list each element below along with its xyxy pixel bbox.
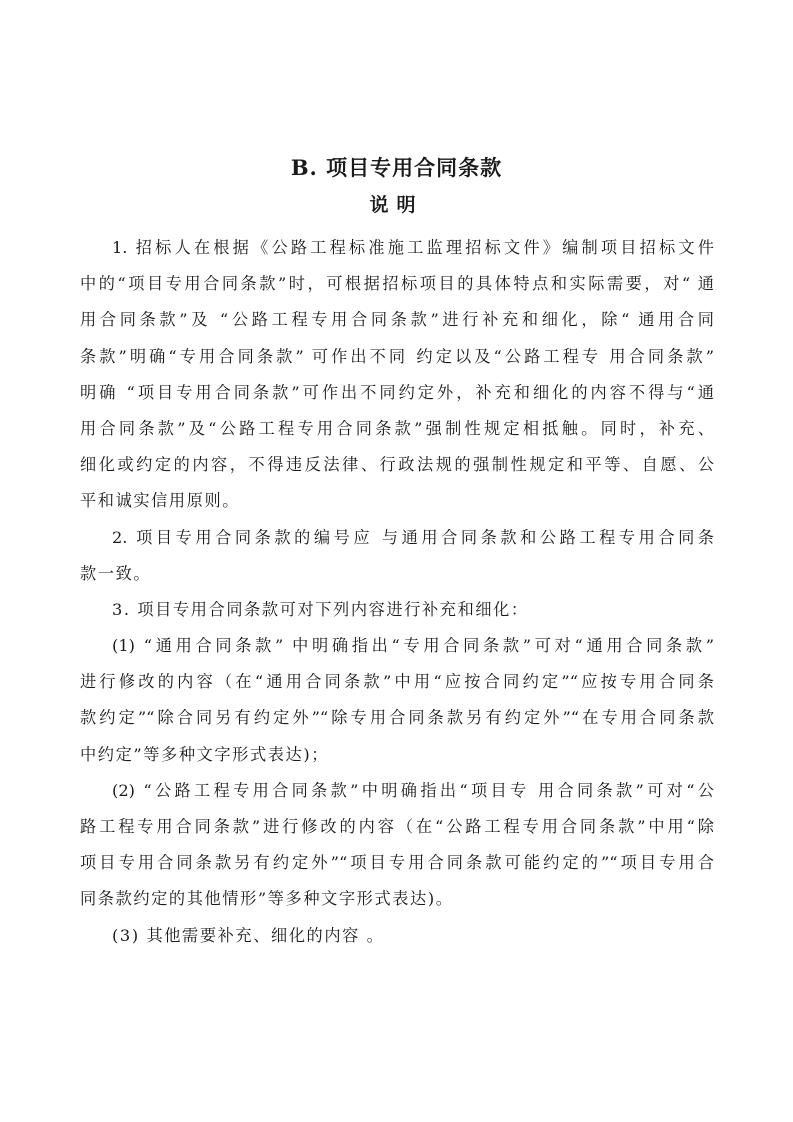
text-line: 路工程专用合同条款”进行修改的内容（在“公路工程专用合同条款”中用“除 bbox=[80, 809, 714, 845]
text-line: 项目专用合同条款另有约定外”“项目专用合同条款可能约定的”“项目专用合 bbox=[80, 845, 714, 881]
text-line: 中的“项目专用合同条款”时，可根据招标项目的具体特点和实际需要，对“ 通 bbox=[80, 266, 714, 302]
text-line: 款一致。 bbox=[80, 556, 714, 592]
text-line: 同条款约定的其他情形”等多种文字形式表达)。 bbox=[80, 881, 714, 917]
text-line: 款约定”“除合同另有约定外”“除专用合同条款另有约定外”“在专用合同条款 bbox=[80, 700, 714, 736]
text-line: 用合同条款”及 “公路工程专用合同条款”进行补充和细化，除“ 通用合同 bbox=[80, 302, 714, 338]
section-title: B. 项目专用合同条款 bbox=[0, 152, 793, 182]
text-line: 1. 招标人在根据《公路工程标准施工监理招标文件》编制项目招标文件 bbox=[80, 230, 714, 266]
text-line: 3. 项目专用合同条款可对下列内容进行补充和细化： bbox=[80, 592, 714, 628]
text-line: 条款”明确“专用合同条款” 可作出不同 约定以及“公路工程专 用合同条款” bbox=[80, 339, 714, 375]
text-line: 进行修改的内容（在“通用合同条款”中用“应按合同约定”“应按专用合同条 bbox=[80, 664, 714, 700]
text-line: (3) 其他需要补充、细化的内容 。 bbox=[80, 918, 714, 954]
section-subtitle: 说明 bbox=[0, 190, 793, 217]
text-line: 明确 “项目专用合同条款”可作出不同约定外，补充和细化的内容不得与“通 bbox=[80, 375, 714, 411]
text-line: 2. 项目专用合同条款的编号应 与通用合同条款和公路工程专用合同条 bbox=[80, 520, 714, 556]
text-line: (2) “公路工程专用合同条款”中明确指出“项目专 用合同条款”可对“公 bbox=[80, 773, 714, 809]
text-line: 细化或约定的内容，不得违反法律、行政法规的强制性规定和平等、自愿、公 bbox=[80, 447, 714, 483]
text-line: (1) “通用合同条款” 中明确指出“专用合同条款”可对“通用合同条款” bbox=[80, 628, 714, 664]
text-line: 平和诚实信用原则。 bbox=[80, 483, 714, 519]
text-line: 中约定”等多种文字形式表达)； bbox=[80, 737, 714, 773]
text-line: 用合同条款”及“公路工程专用合同条款”强制性规定相抵触。同时，补充、 bbox=[80, 411, 714, 447]
document-body: 1. 招标人在根据《公路工程标准施工监理招标文件》编制项目招标文件 中的“项目专… bbox=[80, 230, 714, 954]
